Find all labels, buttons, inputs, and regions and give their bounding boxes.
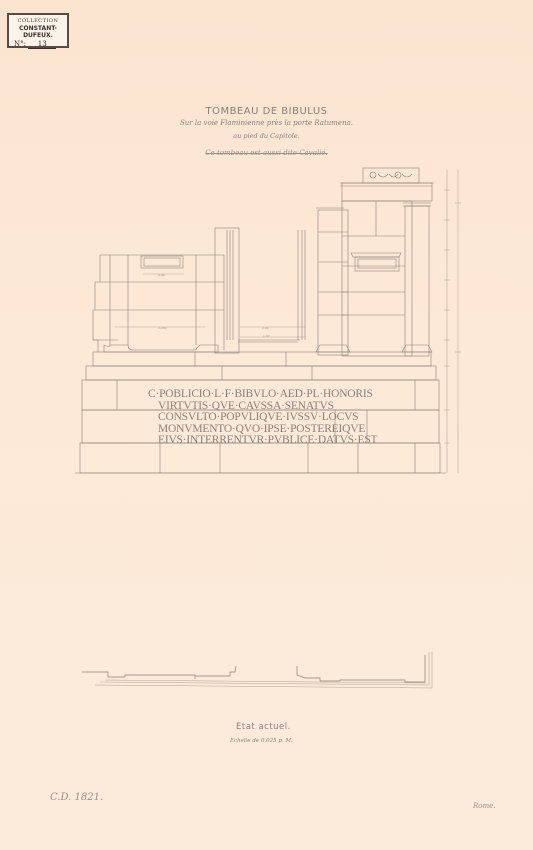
left-pilaster [215,228,239,353]
inscription-line: EIVS·INTERRENTVR·PVBLICE·DATVS·EST [158,435,377,447]
signature-place: Rome. [473,802,496,810]
signature-date: C.D. 1821. [50,792,103,803]
caption-scale: Echelle de 0.025 p. M. [230,738,293,744]
inscription: C·POBLICIO·L·F·BIBVLO·AED·PL·HONORIS VIR… [148,389,377,447]
inscription-line: CONSVLTO·POPVLIQVE·IVSSV·LOCVS [158,412,377,424]
left-pier [93,255,224,352]
dimension-label-center: 2.64 [262,326,269,330]
inscription-line: C·POBLICIO·L·F·BIBVLO·AED·PL·HONORIS [148,389,377,401]
dimension-label-center-2: 1.97 [263,334,270,338]
center-opening [238,230,305,342]
dimension-label-tablet: 0.46 [158,273,165,277]
right-pier [316,168,434,356]
ground-plan [82,652,432,688]
caption-state: Etat actuel. [236,722,291,732]
dimension-label-left: 2.260 [158,326,167,330]
dimension-lines [444,170,461,473]
